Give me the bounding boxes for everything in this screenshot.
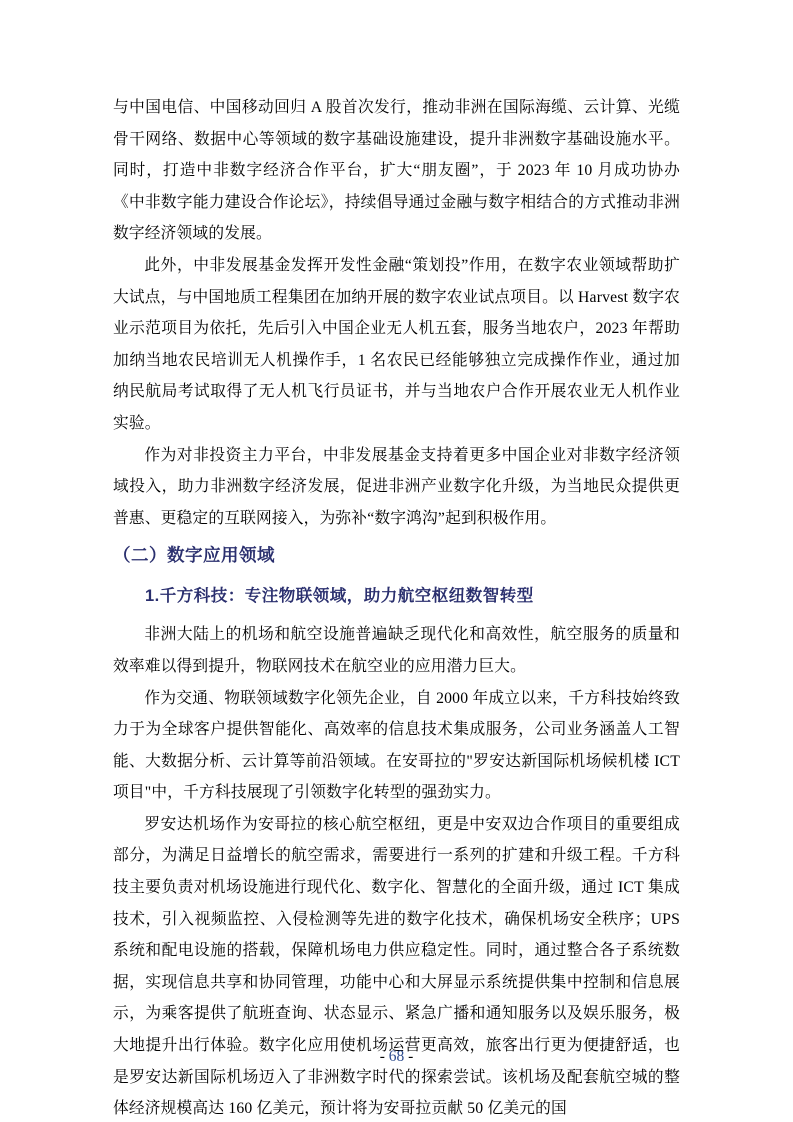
page-number-dash-right: - <box>404 1048 413 1065</box>
body-paragraph-africa-airports: 非洲大陆上的机场和航空设施普遍缺乏现代化和高效性，航空服务的质量和效率难以得到提… <box>113 619 680 682</box>
body-paragraph-investment-platform: 作为对非投资主力平台，中非发展基金支持着更多中国企业对非数字经济领域投入，助力非… <box>113 440 680 535</box>
body-paragraph-continuation: 与中国电信、中国移动回归 A 股首次发行，推动非洲在国际海缆、云计算、光缆骨干网… <box>113 92 680 250</box>
body-paragraph-cad-fund-agriculture: 此外，中非发展基金发挥开发性金融“策划投”作用，在数字农业领域帮助扩大试点，与中… <box>113 250 680 440</box>
page-number: 68 <box>389 1048 405 1065</box>
document-page: 与中国电信、中国移动回归 A 股首次发行，推动非洲在国际海缆、云计算、光缆骨干网… <box>0 0 793 1122</box>
page-content: 与中国电信、中国移动回归 A 股首次发行，推动非洲在国际海缆、云计算、光缆骨干网… <box>113 92 680 1122</box>
subsection-heading-qianfang-tech: 1.千方科技：专注物联领域，助力航空枢纽数智转型 <box>145 583 680 609</box>
page-footer: - 68 - <box>0 1044 793 1070</box>
body-paragraph-luanda-airport: 罗安达机场作为安哥拉的核心航空枢纽，更是中安双边合作项目的重要组成部分，为满足日… <box>113 809 680 1122</box>
page-number-dash-left: - <box>380 1048 389 1065</box>
section-heading-digital-application: （二）数字应用领域 <box>113 542 680 568</box>
body-paragraph-qianfang-intro: 作为交通、物联领域数字化领先企业，自 2000 年成立以来，千方科技始终致力于为… <box>113 683 680 809</box>
